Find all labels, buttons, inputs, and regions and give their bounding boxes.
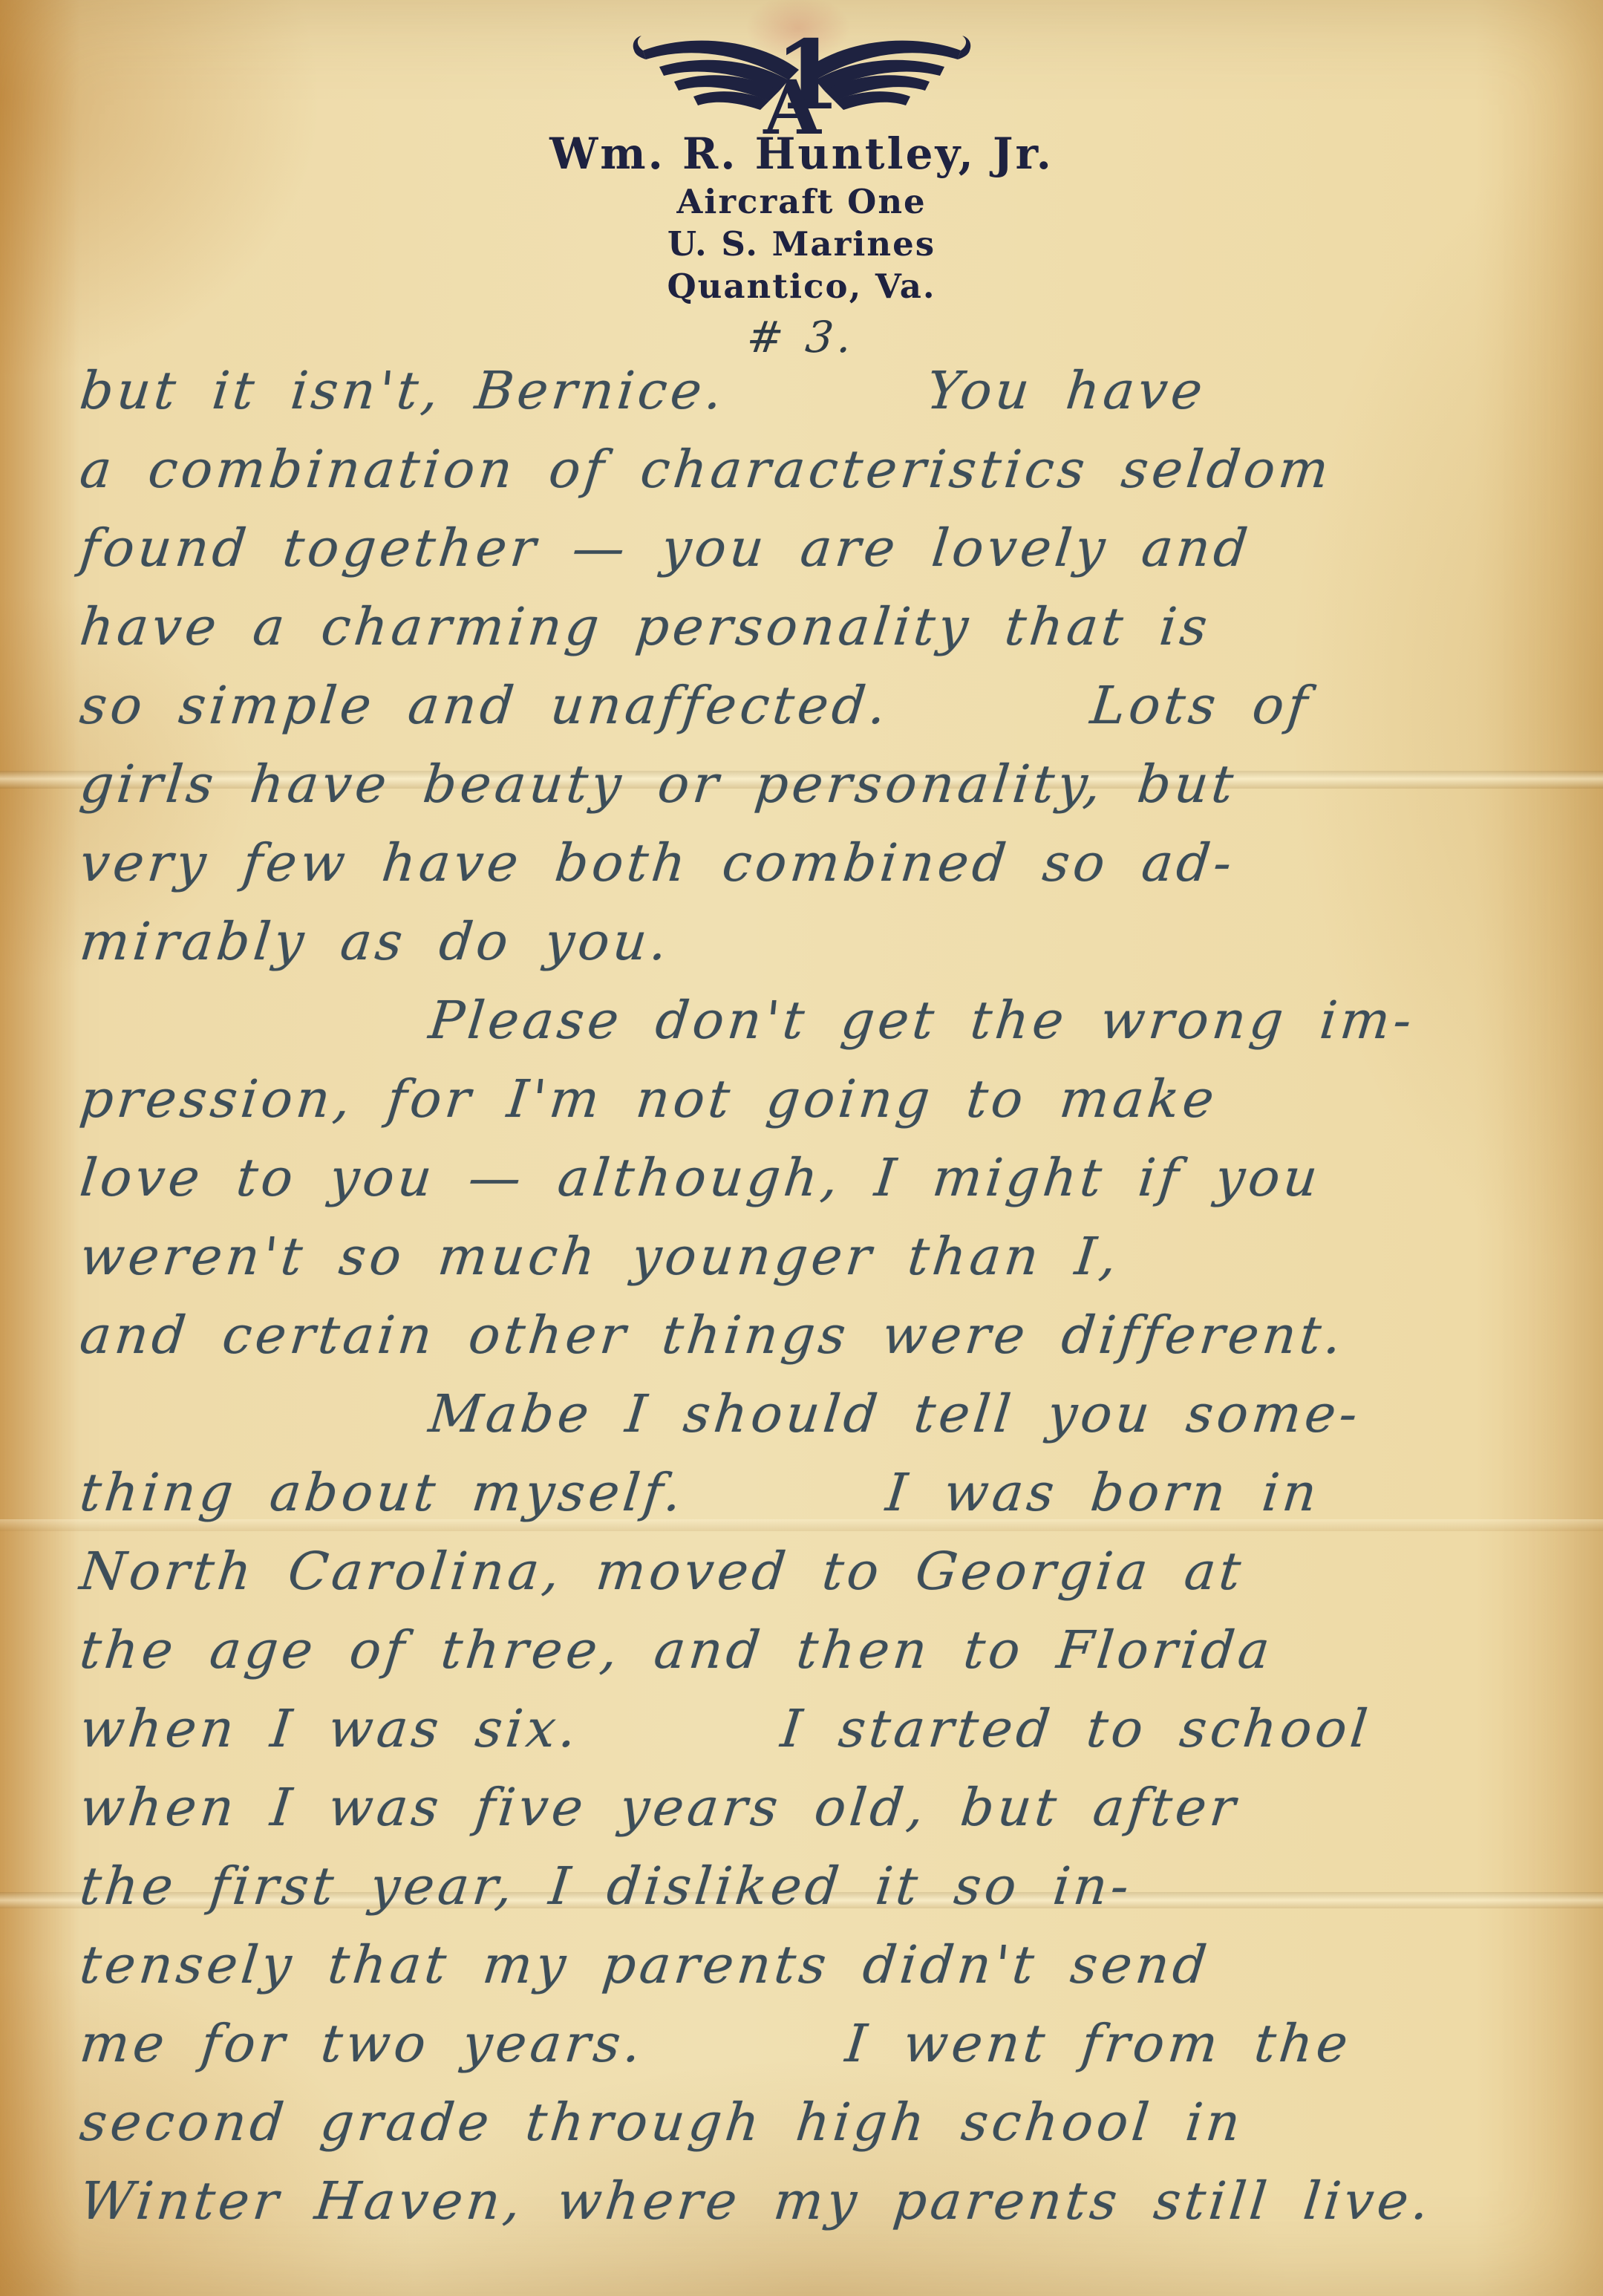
handwritten-line: second grade through high school in xyxy=(76,2084,1541,2162)
handwritten-line: tensely that my parents didn't send xyxy=(76,1926,1541,2005)
letterhead: 1 A Wm. R. Huntley, Jr. Aircraft One U. … xyxy=(0,21,1603,362)
handwritten-line: mirably as do you. xyxy=(76,903,1541,982)
handwritten-line: the age of three, and then to Florida xyxy=(76,1611,1541,1690)
handwritten-line: a combination of characteristics seldom xyxy=(76,431,1541,509)
handwritten-line: when I was six. I started to school xyxy=(76,1690,1541,1769)
handwritten-line: when I was five years old, but after xyxy=(76,1769,1541,1847)
handwritten-line: love to you — although, I might if you xyxy=(76,1139,1541,1218)
handwritten-line: Mabe I should tell you some- xyxy=(76,1375,1541,1454)
handwritten-line: pression, for I'm not going to make xyxy=(76,1060,1541,1139)
handwritten-line: very few have both combined so ad- xyxy=(76,824,1541,903)
handwritten-line: so simple and unaffected. Lots of xyxy=(76,667,1541,746)
handwritten-line: North Carolina, moved to Georgia at xyxy=(76,1533,1541,1611)
handwritten-line: girls have beauty or personality, but xyxy=(76,746,1541,824)
letterhead-unit: Aircraft One xyxy=(0,182,1603,221)
letter-body: but it isn't, Bernice. You havea combina… xyxy=(80,352,1538,2241)
letterhead-location: Quantico, Va. xyxy=(0,267,1603,306)
handwritten-line: but it isn't, Bernice. You have xyxy=(76,352,1541,431)
handwritten-line: Winter Haven, where my parents still liv… xyxy=(76,2162,1541,2241)
letterhead-branch: U. S. Marines xyxy=(0,224,1603,264)
handwritten-line: Please don't get the wrong im- xyxy=(76,982,1541,1060)
handwritten-line: found together — you are lovely and xyxy=(76,509,1541,588)
handwritten-line: thing about myself. I was born in xyxy=(76,1454,1541,1533)
handwritten-line: and certain other things were different. xyxy=(76,1297,1541,1375)
handwritten-line: weren't so much younger than I, xyxy=(76,1218,1541,1297)
handwritten-line: have a charming personality that is xyxy=(76,588,1541,667)
letter-page: 1 A Wm. R. Huntley, Jr. Aircraft One U. … xyxy=(0,0,1603,2296)
letterhead-name: Wm. R. Huntley, Jr. xyxy=(0,128,1603,179)
handwritten-line: the first year, I disliked it so in- xyxy=(76,1847,1541,1926)
winged-numeral-one-insignia-icon: 1 A xyxy=(627,21,976,143)
handwritten-line: me for two years. I went from the xyxy=(76,2005,1541,2084)
